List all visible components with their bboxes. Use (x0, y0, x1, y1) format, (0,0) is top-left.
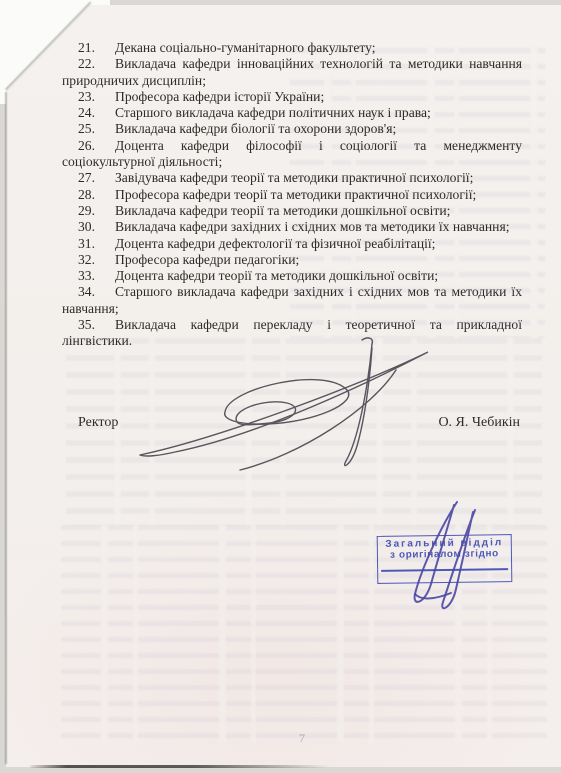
item-number: 21. (78, 40, 115, 56)
scanned-document: 7 21.Декана соціально-гуманітарного факу… (0, 0, 561, 773)
list-item: 29.Викладача кафедри теорії та методики … (62, 203, 522, 219)
item-number: 30. (78, 219, 115, 235)
item-number: 29. (78, 203, 115, 219)
item-text: Викладача кафедри теорії та методики дош… (115, 203, 450, 218)
item-text: Викладача кафедри інноваційних технологі… (62, 56, 522, 87)
list-item: 33.Доцента кафедри теорії та методики до… (62, 268, 522, 284)
list-item: 26.Доцента кафедри філософії і соціологі… (62, 138, 522, 171)
stamp-signature (395, 490, 505, 620)
item-text: Професора кафедри педагогіки; (115, 252, 299, 267)
item-text: Доцента кафедри теорії та методики дошкі… (115, 268, 438, 283)
position-list: 21.Декана соціально-гуманітарного факуль… (62, 40, 522, 350)
page-left-edge (5, 92, 7, 764)
item-number: 24. (78, 105, 115, 121)
list-item: 23.Професора кафедри історії України; (62, 89, 522, 105)
item-number: 25. (78, 121, 115, 137)
item-text: Декана соціально-гуманітарного факультет… (115, 40, 376, 55)
list-item: 24.Старшого викладача кафедри політичних… (62, 105, 522, 121)
list-item: 25.Викладача кафедри біології та охорони… (62, 121, 522, 137)
list-item: 21.Декана соціально-гуманітарного факуль… (62, 40, 522, 56)
item-number: 32. (78, 252, 115, 268)
scan-edge-artifact (30, 765, 330, 768)
item-text: Старшого викладача кафедри західних і сх… (62, 284, 522, 315)
item-text: Професора кафедри теорії та методики пра… (115, 187, 476, 202)
item-text: Викладача кафедри біології та охорони зд… (115, 121, 396, 136)
item-text: Доцента кафедри філософії і соціології т… (62, 138, 522, 169)
list-item: 31.Доцента кафедри дефектології та фізич… (62, 236, 522, 252)
item-number: 33. (78, 268, 115, 284)
list-item: 32.Професора кафедри педагогіки; (62, 252, 522, 268)
item-number: 31. (78, 236, 115, 252)
list-item: 28.Професора кафедри теорії та методики … (62, 187, 522, 203)
item-text: Завідувача кафедри теорії та методики пр… (115, 170, 473, 185)
item-number: 34. (78, 284, 115, 300)
item-number: 23. (78, 89, 115, 105)
item-number: 28. (78, 187, 115, 203)
item-text: Викладача кафедри західних і східних мов… (115, 219, 509, 234)
item-text: Доцента кафедри дефектології та фізичної… (115, 236, 435, 251)
list-item: 34.Старшого викладача кафедри західних і… (62, 284, 522, 317)
item-number: 26. (78, 138, 115, 154)
page-number: 7 (299, 731, 305, 746)
item-number: 27. (78, 170, 115, 186)
pen-signature (100, 330, 460, 480)
item-text: Професора кафедри історії України; (115, 89, 324, 104)
list-item: 30.Викладача кафедри західних і східних … (62, 219, 522, 235)
list-item: 27.Завідувача кафедри теорії та методики… (62, 170, 522, 186)
item-text: Старшого викладача кафедри політичних на… (115, 105, 431, 120)
item-number: 22. (78, 56, 115, 72)
list-item: 22.Викладача кафедри інноваційних технол… (62, 56, 522, 89)
